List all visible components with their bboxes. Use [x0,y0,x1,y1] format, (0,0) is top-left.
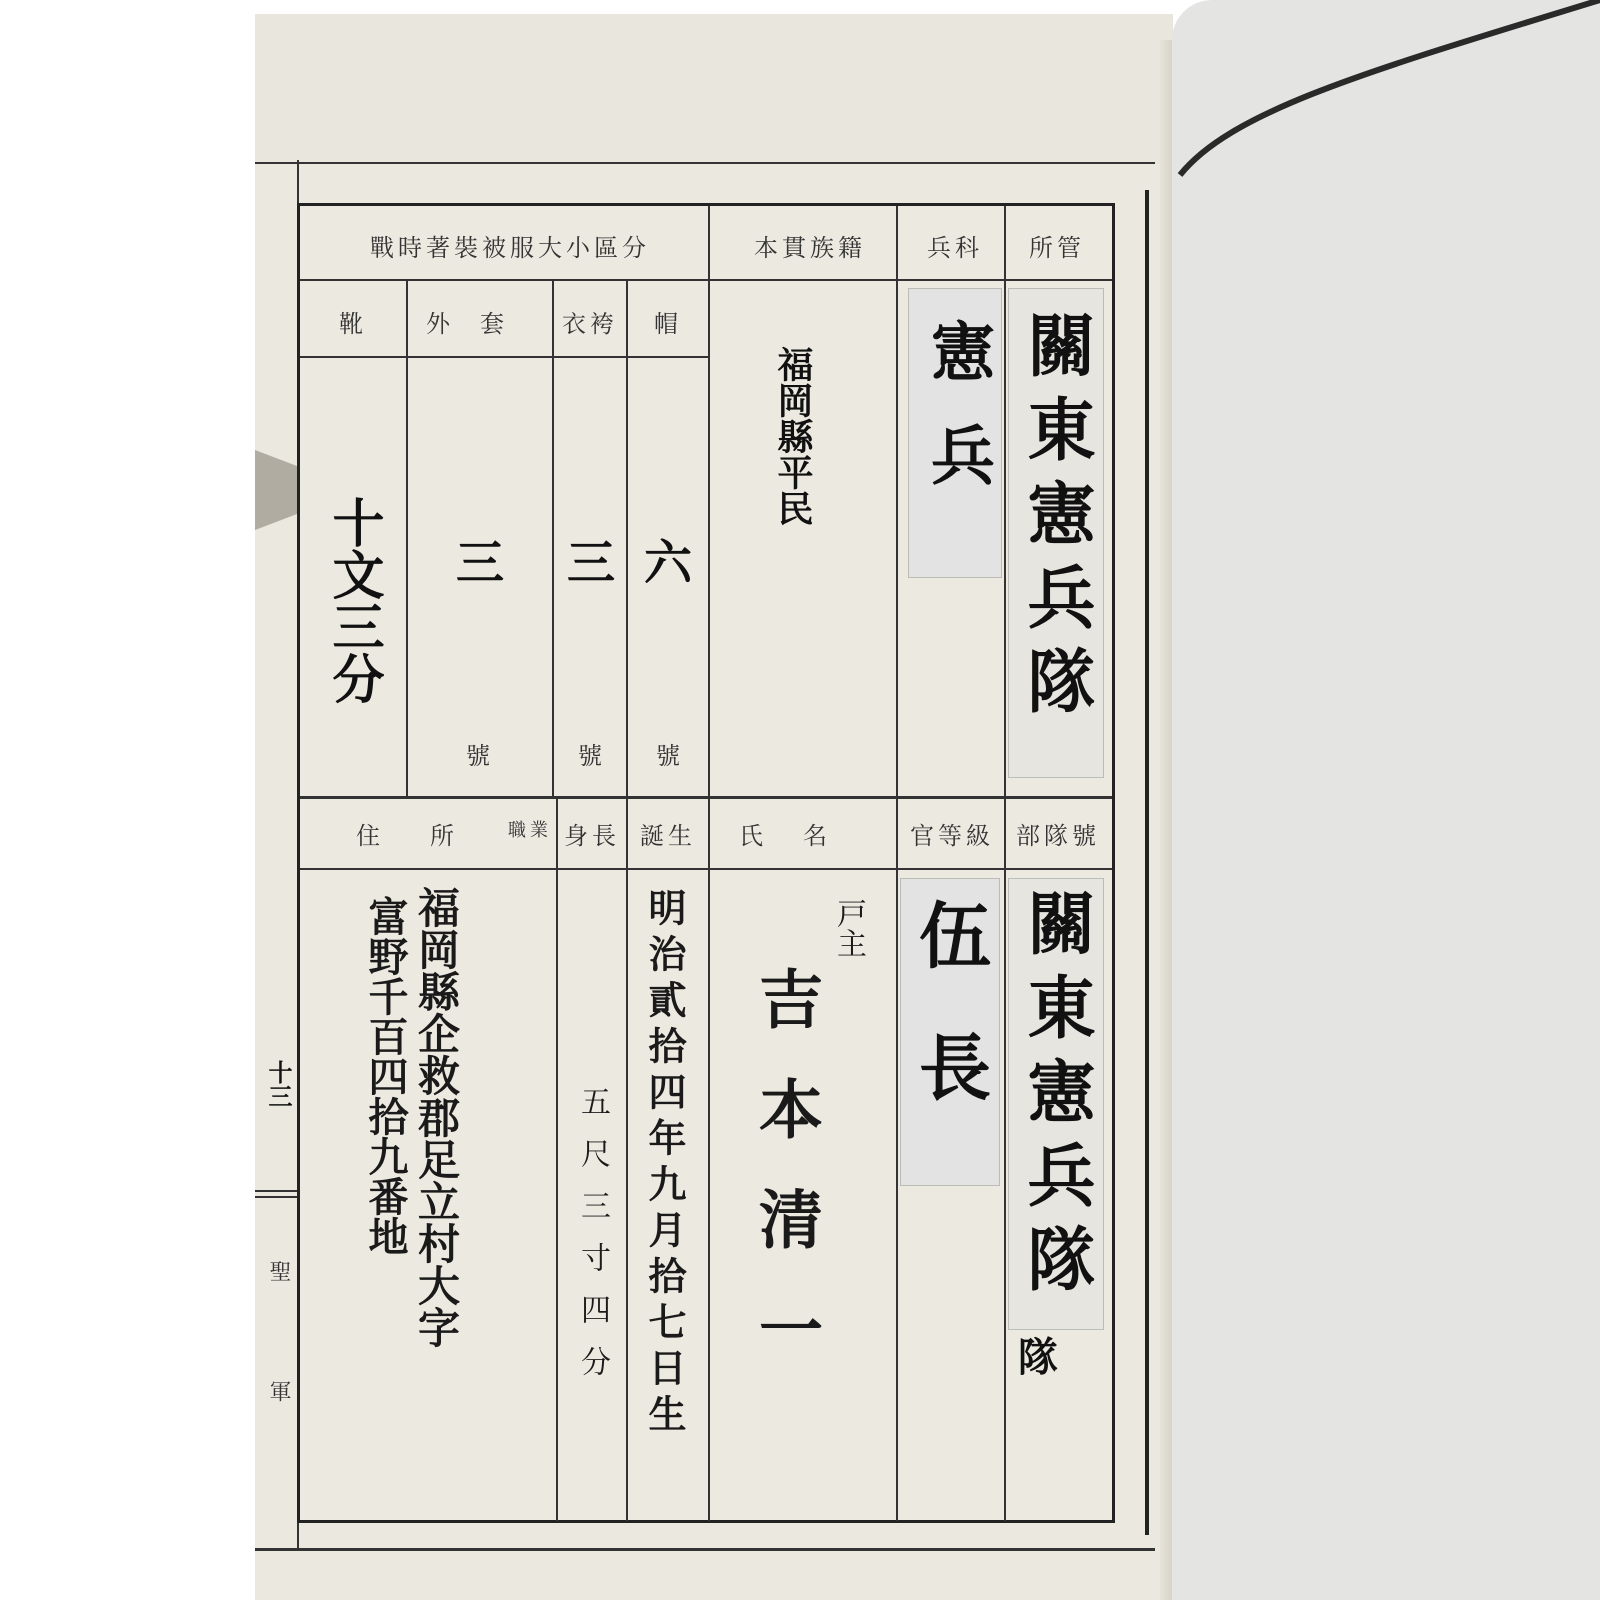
jurisdiction-paste-slip: 關東憲兵隊 [1008,288,1104,778]
vrule-trousers [626,279,628,796]
value-birth-date: 明治貳拾四年九月拾七日生 [642,888,686,1440]
bottom-rule [255,1548,1155,1551]
value-domicile: 福岡縣平民 [770,346,816,526]
margin-strip: 十三 聖 軍 [255,160,299,1550]
header-uniform-sizes: 戰時著裝被服大小區分 [320,228,700,263]
value-household-head: 戸主 [830,898,866,958]
vrule-boots [406,279,408,796]
value-jurisdiction: 關東憲兵隊 [1020,310,1092,730]
header-occupation: 職業 [500,816,560,842]
section-divider [300,796,1112,799]
header-row-rule [300,279,1112,281]
subheader-overcoat: 外套 [408,304,552,339]
value-unit: 關東憲兵隊 [1020,888,1092,1308]
vrule-rank-unit [1004,796,1006,1521]
subheader-row-rule [300,356,710,358]
header-jurisdiction: 所管 [1012,228,1102,263]
value-boots-size: 十文三分 [318,496,388,796]
value-cap-size: 六 [630,524,706,593]
value-address-line1: 福岡縣企救郡足立村大字 [412,886,460,1348]
header-rank: 官等級 [900,816,1004,851]
value-trousers-size: 三 [558,524,624,593]
value-address-line2: 富野千百四拾九番地 [362,896,408,1256]
vrule-birth-name [708,796,710,1521]
subheader-trousers: 衣袴 [554,304,626,339]
suffix-overcoat: 號 [450,736,510,771]
vrule-branch-jurisdiction [1004,206,1006,796]
vrule-address-height [556,796,558,1521]
header-birth: 誕生 [628,816,708,851]
registry-form: 戰時著裝被服大小區分 本貫族籍 兵科 所管 靴 外套 衣袴 帽 十文三分 三 三… [297,203,1115,1523]
value-name: 吉本清一 [750,966,820,1406]
value-overcoat-size: 三 [430,524,530,593]
suffix-cap: 號 [640,736,700,771]
margin-ornament [255,450,297,530]
header-name: 氏名 [710,816,896,851]
branch-paste-slip: 憲兵 [908,288,1002,578]
folio-number: 十三 [261,1060,296,1108]
right-rule [1145,190,1149,1535]
right-page [1172,0,1600,1600]
top-blank-margin [255,14,1173,164]
bottom-header-rule [300,868,1112,870]
margin-fragment-1: 聖 [263,1260,294,1282]
vrule-domicile-branch [896,206,898,796]
header-unit: 部隊號 [1006,816,1110,851]
unit-paste-slip: 關東憲兵隊 [1008,878,1104,1330]
margin-divider [255,1190,297,1198]
unit-stamp: 隊 [1018,1326,1058,1383]
header-branch: 兵科 [910,228,1000,263]
header-domicile: 本貫族籍 [730,228,890,263]
top-rule [255,162,1155,164]
value-height: 五尺三寸四分 [572,1086,612,1398]
vrule-name-rank [896,796,898,1521]
subheader-cap: 帽 [628,304,708,339]
rank-paste-slip: 伍長 [900,878,1000,1186]
margin-fragment-2: 軍 [263,1380,294,1402]
value-rank: 伍長 [910,898,988,1162]
suffix-trousers: 號 [562,736,622,771]
header-height: 身長 [558,816,626,851]
vrule-height-birth [626,796,628,1521]
vrule-uniform-domicile [708,206,710,796]
page-curve-rule [1172,0,1600,200]
value-branch: 憲兵 [922,318,992,526]
subheader-boots: 靴 [300,304,406,339]
vrule-overcoat [552,279,554,796]
